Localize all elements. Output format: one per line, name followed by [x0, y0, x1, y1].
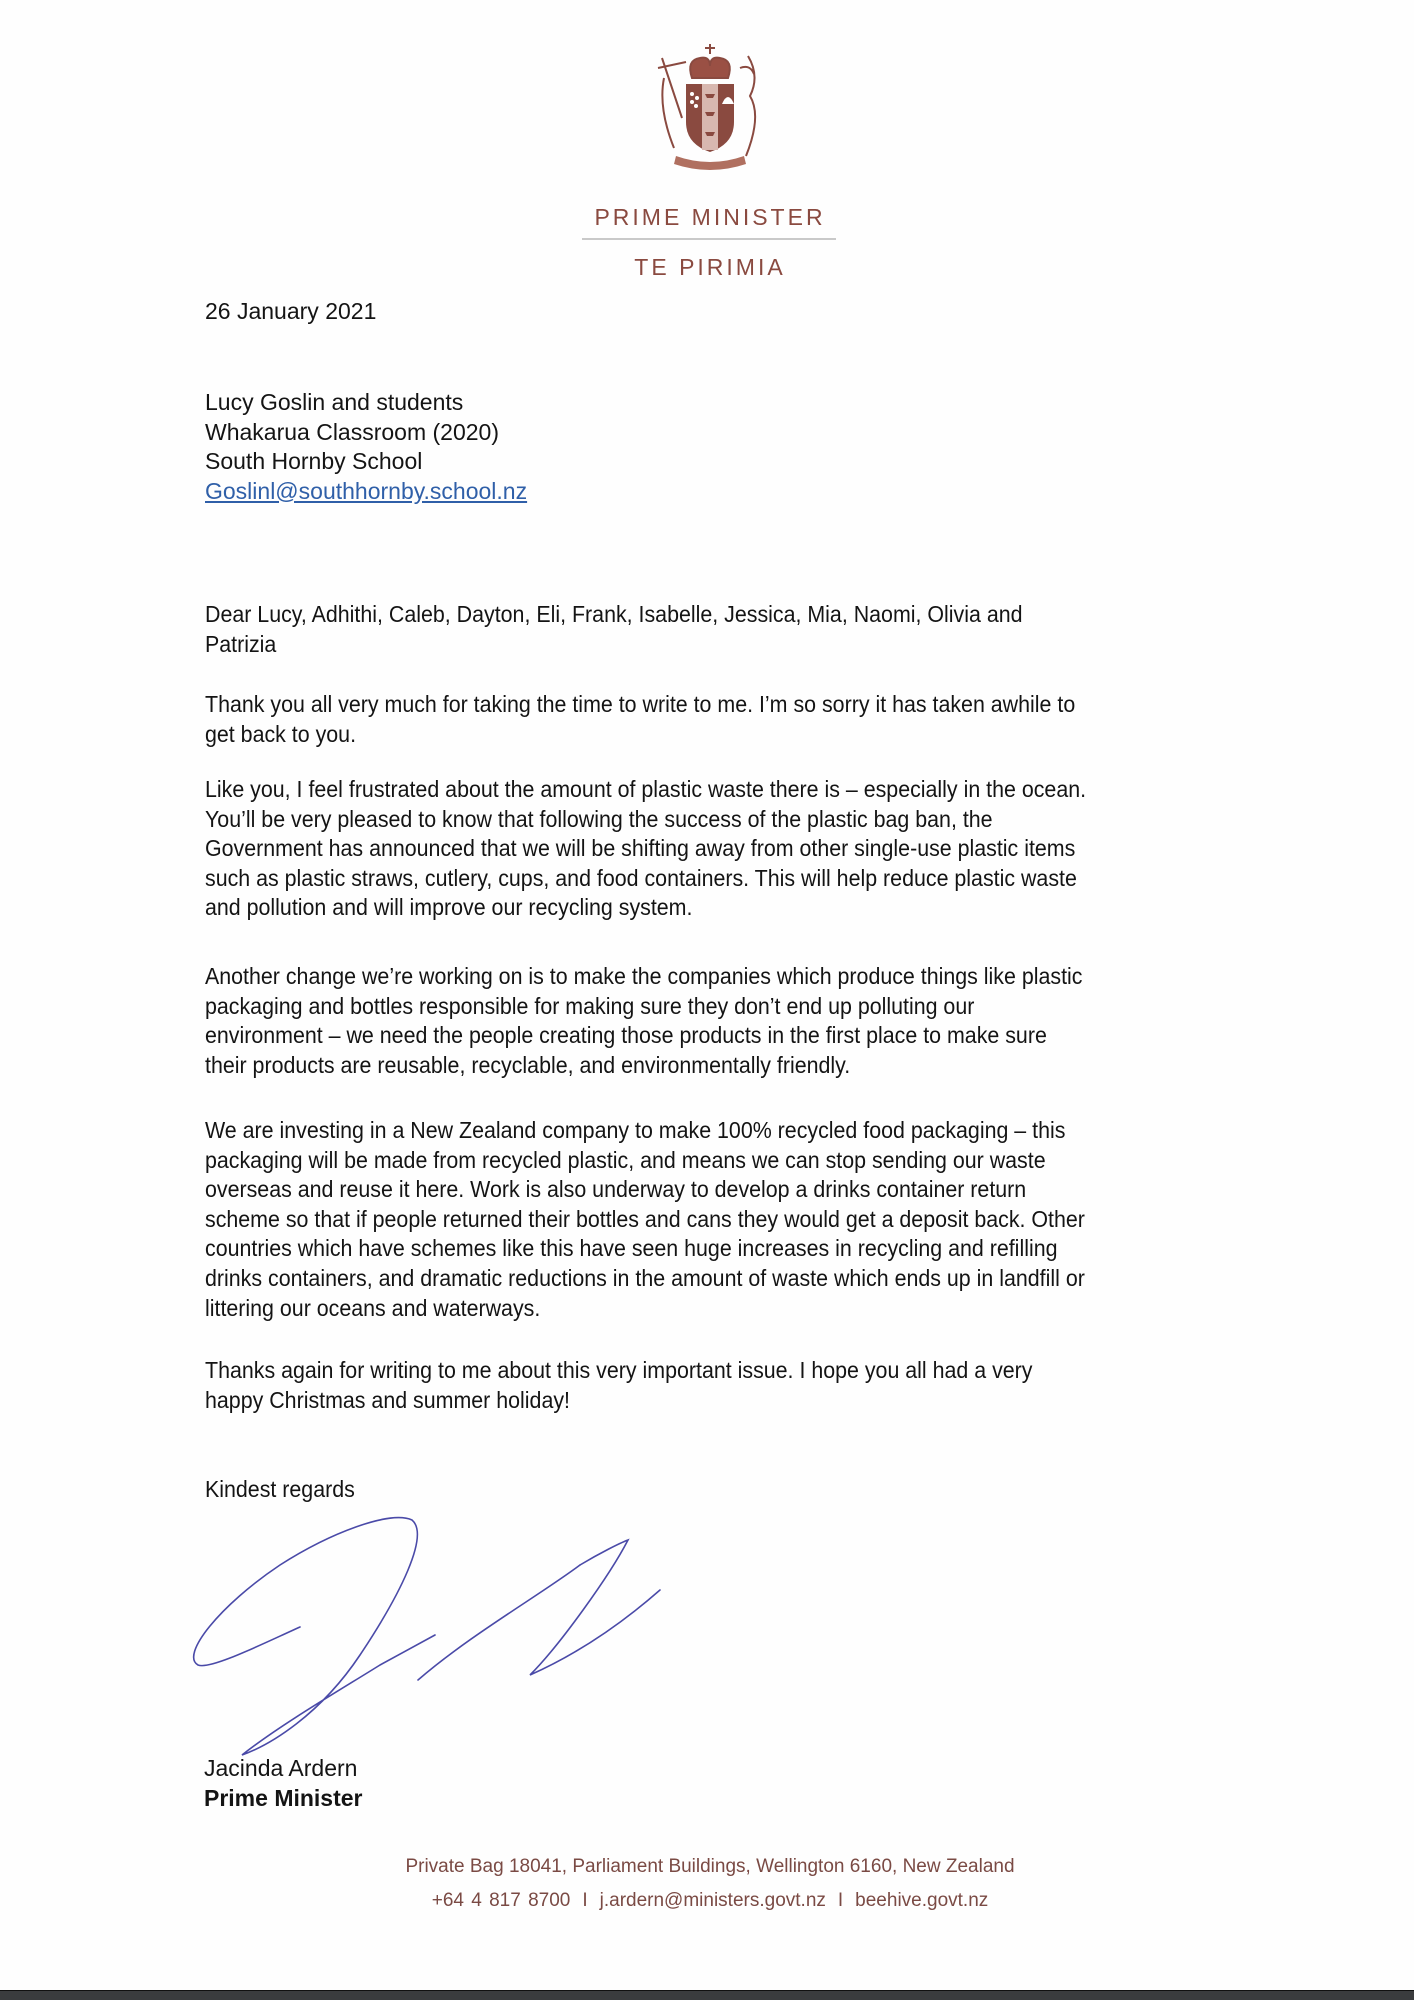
- recipient-address: Lucy Goslin and students Whakarua Classr…: [205, 388, 527, 506]
- footer-website[interactable]: beehive.govt.nz: [855, 1890, 988, 1911]
- recipient-classroom: Whakarua Classroom (2020): [205, 418, 527, 448]
- footer-separator: I: [838, 1890, 843, 1911]
- letter-date: 26 January 2021: [205, 297, 376, 327]
- viewer-bottom-bar: [0, 1990, 1414, 2000]
- body-paragraph: We are investing in a New Zealand compan…: [205, 1116, 1151, 1323]
- footer-email[interactable]: j.ardern@ministers.govt.nz: [600, 1890, 826, 1911]
- recipient-school: South Hornby School: [205, 447, 527, 477]
- footer-address: Private Bag 18041, Parliament Buildings,…: [300, 1856, 1120, 1878]
- signer-name: Jacinda Ardern: [204, 1753, 363, 1783]
- body-paragraph: Like you, I feel frustrated about the am…: [205, 775, 1152, 923]
- nz-coat-of-arms-icon: [640, 38, 780, 178]
- salutation: Dear Lucy, Adhithi, Caleb, Dayton, Eli, …: [205, 600, 1084, 659]
- body-paragraph: Thanks again for writing to me about thi…: [205, 1356, 1095, 1415]
- signature-icon: [180, 1505, 720, 1795]
- closing: Kindest regards: [205, 1475, 355, 1505]
- letter-page: PRIME MINISTER TE PIRIMIA 26 January 202…: [0, 0, 1414, 1990]
- body-paragraph: Another change we’re working on is to ma…: [205, 962, 1149, 1080]
- recipient-name: Lucy Goslin and students: [205, 388, 527, 418]
- office-title-english: PRIME MINISTER: [560, 204, 860, 231]
- footer-phone: +64 4 817 8700: [432, 1890, 571, 1911]
- recipient-email-link[interactable]: Goslinl@southhornby.school.nz: [205, 478, 527, 504]
- footer-separator: I: [582, 1890, 587, 1911]
- signer-title: Prime Minister: [204, 1783, 363, 1813]
- letterhead-divider: [582, 238, 836, 240]
- office-title-maori: TE PIRIMIA: [560, 254, 860, 281]
- footer-contact: +64 4 817 8700Ij.ardern@ministers.govt.n…: [300, 1890, 1120, 1912]
- signer-block: Jacinda Ardern Prime Minister: [204, 1753, 363, 1813]
- body-paragraph: Thank you all very much for taking the t…: [205, 690, 1141, 749]
